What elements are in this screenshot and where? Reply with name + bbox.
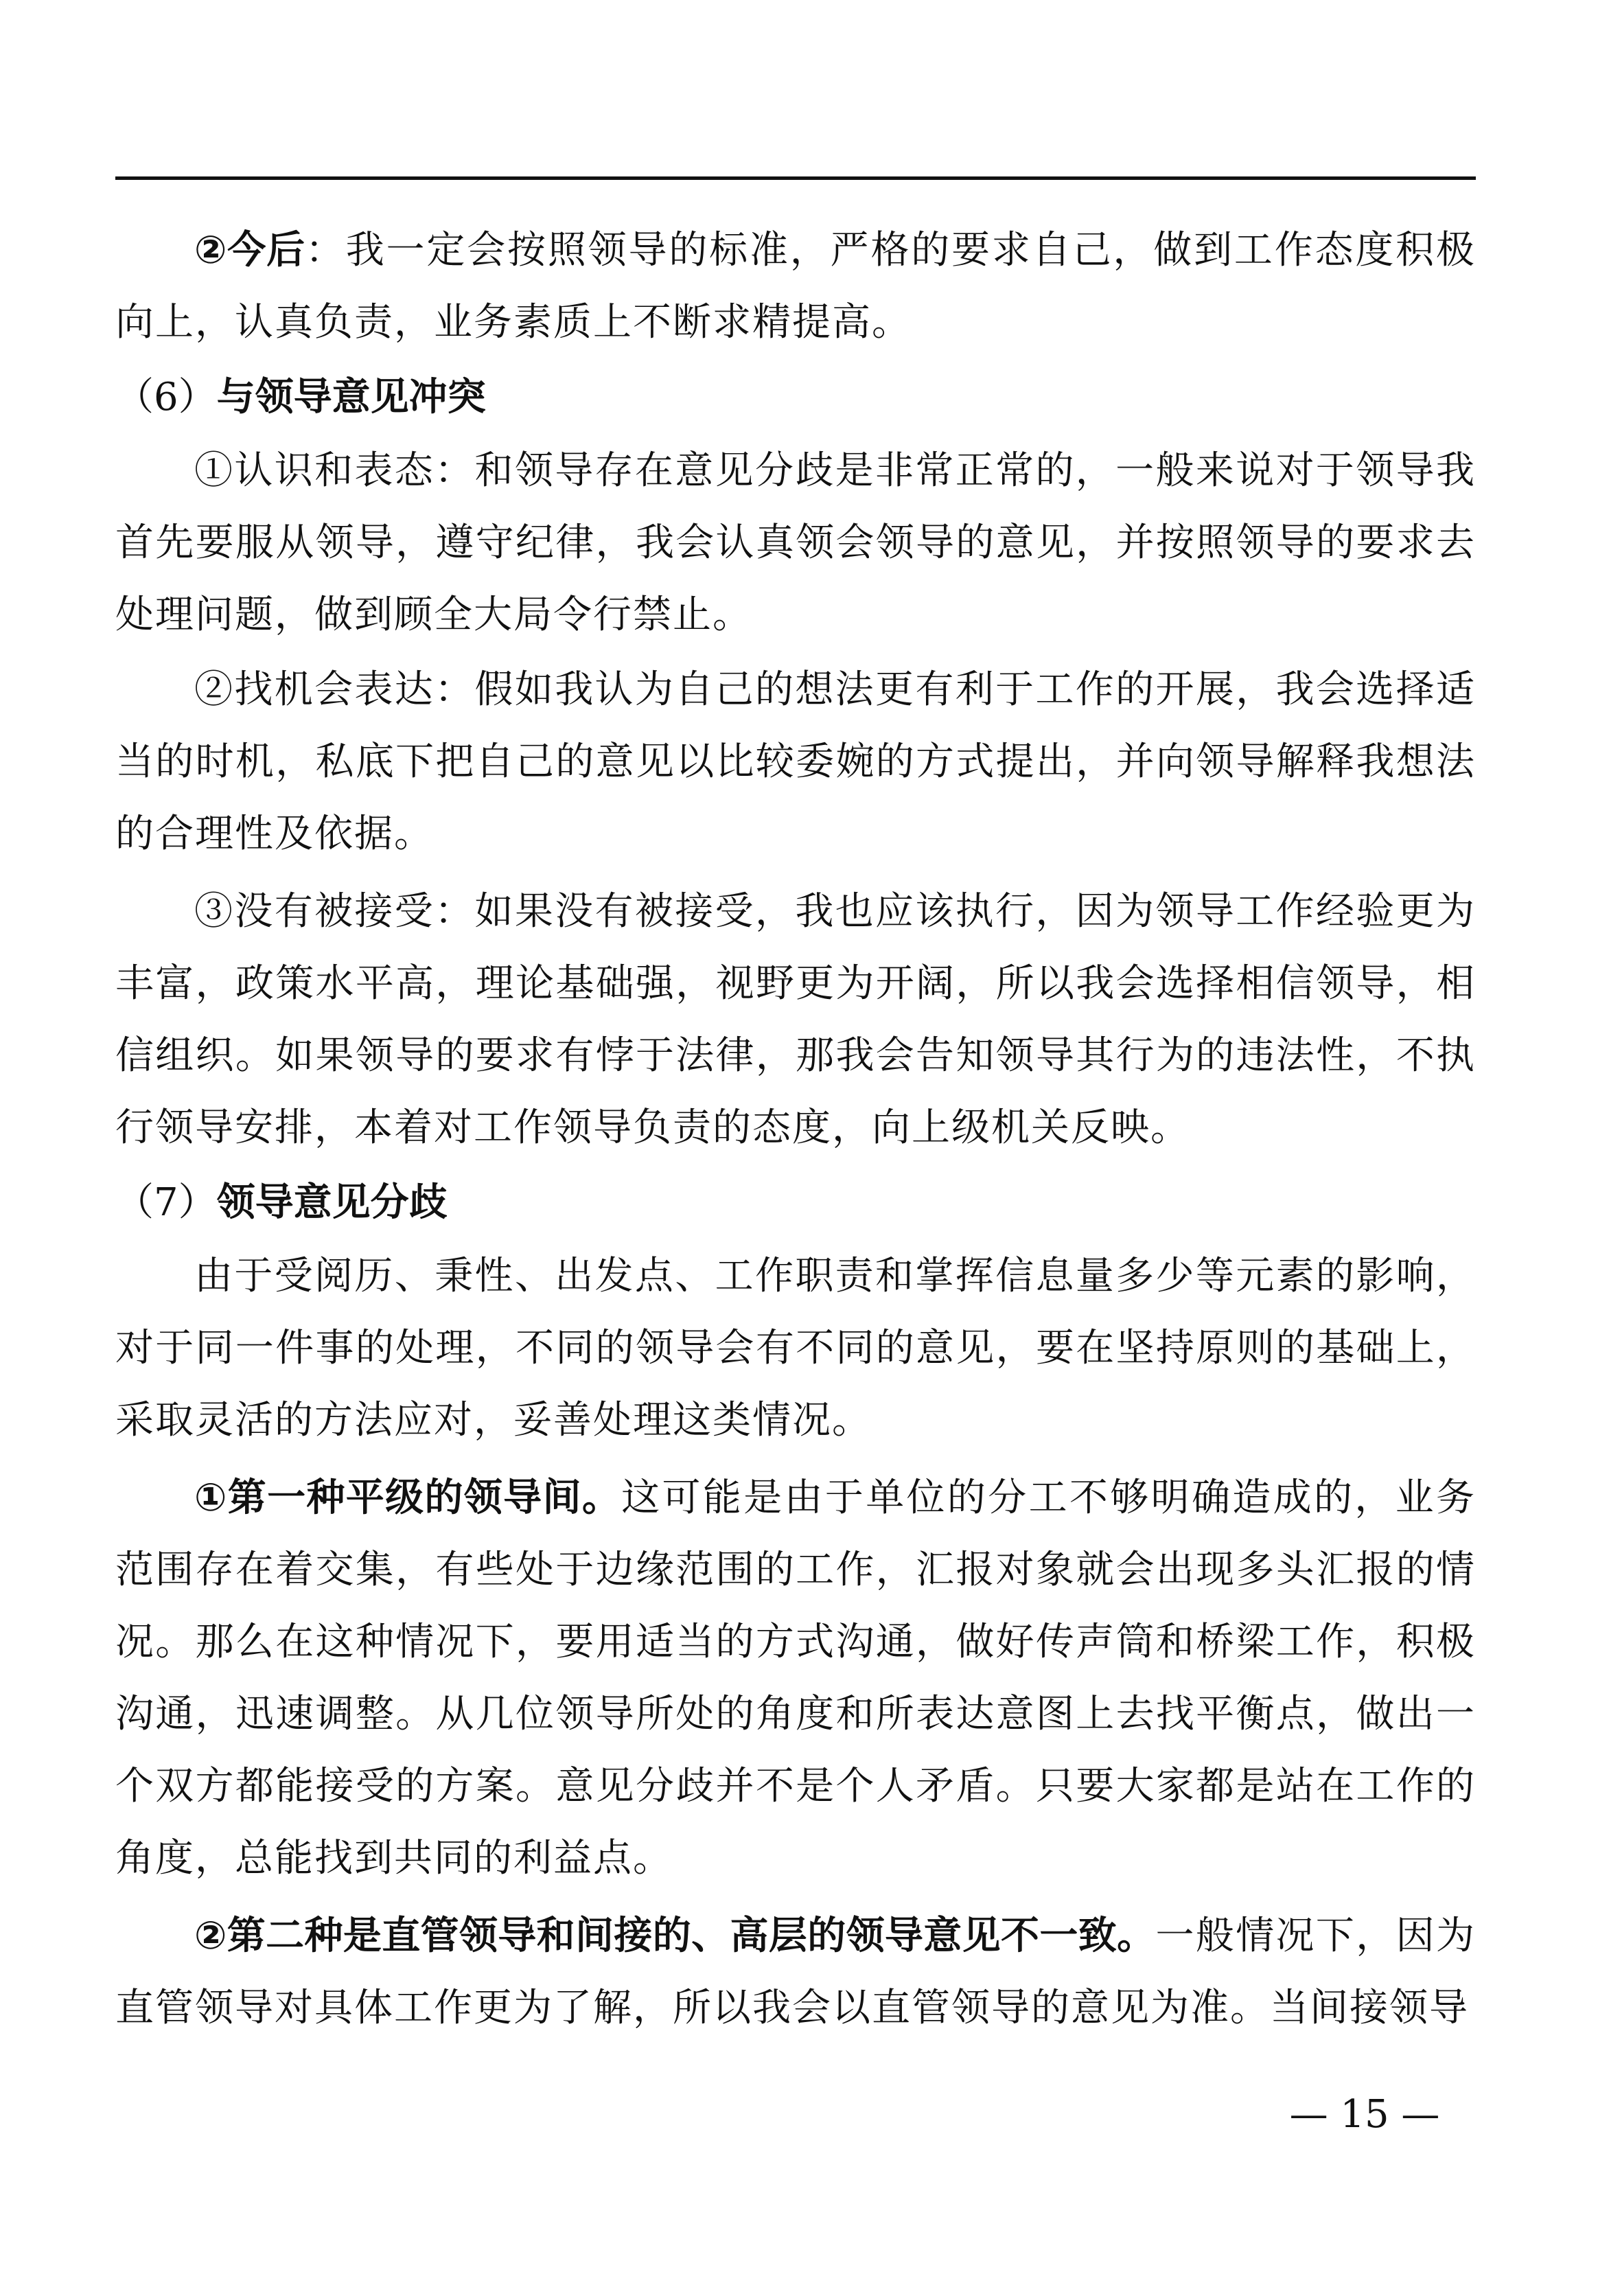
- paragraph-text: ①认识和表态：和领导存在意见分歧是非常正常的，一般来说对于领导我首先要服从领导，…: [115, 448, 1476, 637]
- paragraph-text: ：我一定会按照领导的标准，严格的要求自己，做到工作态度积极向上，认真负责，业务素…: [115, 228, 1476, 345]
- section-heading-6: （6）与领导意见冲突: [115, 361, 1476, 433]
- paragraph-text: ③没有被接受：如果没有被接受，我也应该执行，因为领导工作经验更为丰富，政策水平高…: [115, 889, 1476, 1150]
- page-number: — 15 —: [1286, 2087, 1444, 2142]
- header-rule: [115, 176, 1476, 180]
- section-title: 与领导意见冲突: [217, 375, 486, 420]
- paragraph-text: 这可能是由于单位的分工不够明确造成的，业务范围存在着交集，有些处于边缘范围的工作…: [115, 1476, 1476, 1881]
- section-title: 领导意见分歧: [217, 1180, 448, 1225]
- paragraph-future-commitment: ②今后：我一定会按照领导的标准，严格的要求自己，做到工作态度积极向上，认真负责，…: [115, 214, 1476, 358]
- paragraph-peer-leaders: ①第一种平级的领导间。这可能是由于单位的分工不够明确造成的，业务范围存在着交集，…: [115, 1462, 1476, 1894]
- paragraph-text: ②找机会表达：假如我认为自己的想法更有利于工作的开展，我会选择适当的时机，私底下…: [115, 667, 1476, 856]
- section-number: （6）: [115, 375, 217, 420]
- paragraph-not-accepted: ③没有被接受：如果没有被接受，我也应该执行，因为领导工作经验更为丰富，政策水平高…: [115, 875, 1476, 1164]
- section-heading-7: （7）领导意见分歧: [115, 1167, 1476, 1239]
- paragraph-text: 由于受阅历、秉性、出发点、工作职责和掌挥信息量多少等元素的影响，对于同一件事的处…: [115, 1254, 1476, 1443]
- paragraph-lead-bold: ①第一种平级的领导间。: [194, 1476, 621, 1520]
- paragraph-find-chance-to-express: ②找机会表达：假如我认为自己的想法更有利于工作的开展，我会选择适当的时机，私底下…: [115, 654, 1476, 870]
- paragraph-recognize-and-state: ①认识和表态：和领导存在意见分歧是非常正常的，一般来说对于领导我首先要服从领导，…: [115, 435, 1476, 651]
- paragraph-lead-bold: ②今后: [194, 228, 305, 273]
- paragraph-direct-vs-senior: ②第二种是直管领导和间接的、高层的领导意见不一致。一般情况下，因为直管领导对具体…: [115, 1900, 1476, 2044]
- document-body: ②今后：我一定会按照领导的标准，严格的要求自己，做到工作态度积极向上，认真负责，…: [115, 214, 1476, 2047]
- section-number: （7）: [115, 1180, 217, 1225]
- paragraph-lead-bold: ②第二种是直管领导和间接的、高层的领导意见不一致。: [194, 1914, 1155, 1958]
- paragraph-intro-divergence: 由于受阅历、秉性、出发点、工作职责和掌挥信息量多少等元素的影响，对于同一件事的处…: [115, 1240, 1476, 1456]
